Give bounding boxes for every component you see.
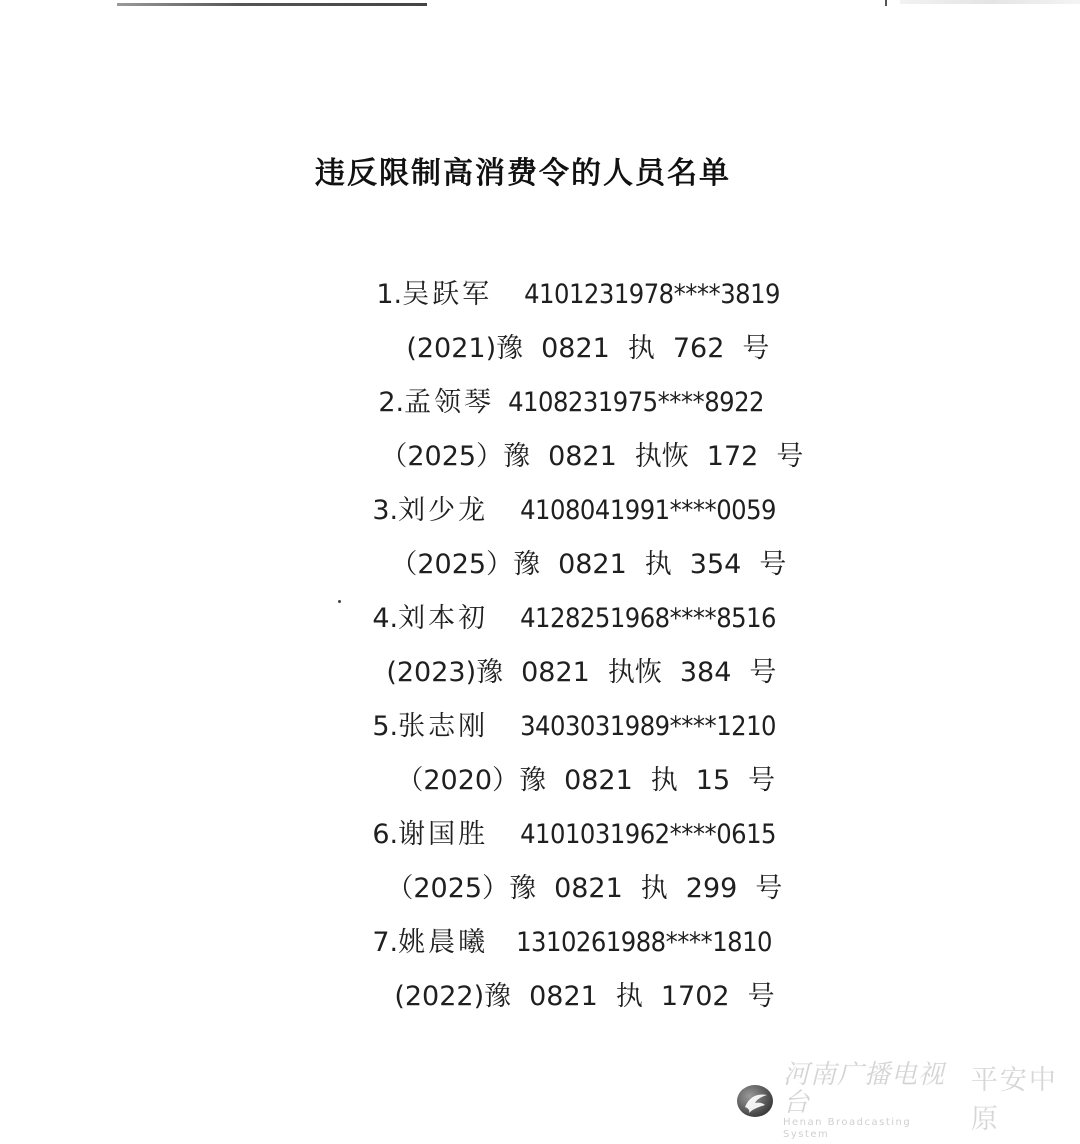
case-line: (2023)豫0821执恢384号 xyxy=(0,592,1040,646)
case-line: (2021)豫0821执762号 xyxy=(0,268,1040,322)
case-type: 执 xyxy=(616,970,643,1024)
scan-edge-tick xyxy=(885,0,887,6)
person-line: 2.孟领琴4108231975****8922 xyxy=(0,322,1040,376)
case-year: (2022) xyxy=(394,970,484,1024)
case-line: （2020）豫0821执15号 xyxy=(0,700,1040,754)
document-title: 违反限制高消费令的人员名单 xyxy=(0,148,1046,192)
case-line: （2025）豫0821执354号 xyxy=(0,484,1040,538)
case-code: 0821 xyxy=(529,970,598,1024)
case-line: (2022)豫0821执1702号 xyxy=(0,916,1040,970)
watermark-name-cn: 河南广播电视台 xyxy=(783,1061,961,1117)
watermark-name-en: Henan Broadcasting System xyxy=(783,1117,961,1141)
watermark-texts: 河南广播电视台 Henan Broadcasting System xyxy=(783,1061,961,1141)
person-line: 6.谢国胜4101031962****0615 xyxy=(0,754,1040,808)
henan-broadcasting-logo-icon xyxy=(735,1083,775,1119)
case-number: 1702 xyxy=(661,970,730,1024)
person-line: 5.张志刚3403031989****1210 xyxy=(0,646,1040,700)
case-line: （2025）豫0821执299号 xyxy=(0,808,1040,862)
case-court: 豫 xyxy=(484,970,511,1024)
person-line: 4.刘本初4128251968****8516 xyxy=(0,538,1040,592)
watermark: 河南广播电视台 Henan Broadcasting System 平安中原 xyxy=(735,1076,1080,1126)
person-list: 1.吴跃军4101231978****3819 (2021)豫0821执762号… xyxy=(0,214,1040,970)
case-line: （2025）豫0821执恢172号 xyxy=(0,376,1040,430)
person-line: 3.刘少龙4108041991****0059 xyxy=(0,430,1040,484)
scan-edge-shadow xyxy=(900,0,1080,4)
scan-speck xyxy=(338,600,341,603)
watermark-slogan: 平安中原 xyxy=(971,1058,1080,1136)
person-line: 1.吴跃军4101231978****3819 xyxy=(0,214,1040,268)
scan-edge-line xyxy=(117,3,427,6)
case-suffix: 号 xyxy=(748,970,775,1024)
person-line: 7.姚晨曦1310261988****1810 xyxy=(0,862,1040,916)
